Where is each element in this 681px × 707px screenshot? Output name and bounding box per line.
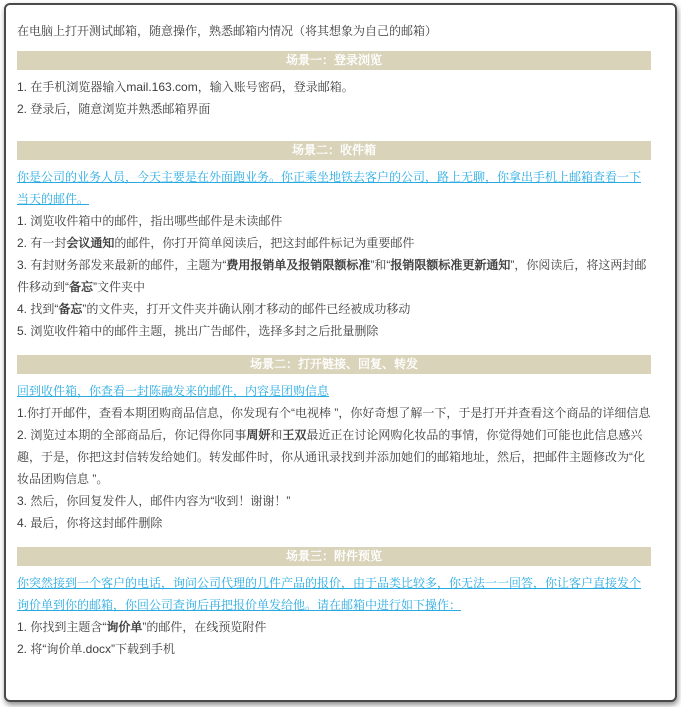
section-3-item-4: 4. 最后，你将这封邮件删除: [17, 512, 651, 534]
section-4-scenario-link[interactable]: 你突然接到一个客户的电话，询问公司代理的几件产品的报价，由于品类比较多，你无法一…: [17, 572, 651, 616]
section-2-item-4: 4. 找到“备忘”的文件夹，打开文件夹并确认刚才移动的邮件已经被成功移动: [17, 298, 651, 320]
section-2-scenario-link[interactable]: 你是公司的业务人员，今天主要是在外面跑业务。你正乘坐地铁去客户的公司，路上无聊，…: [17, 166, 651, 210]
document-page: 在电脑上打开测试邮箱，随意操作，熟悉邮箱内情况（将其想象为自己的邮箱） 场景一：…: [4, 3, 677, 702]
section-1-item-1: 1. 在手机浏览器输入mail.163.com，输入账号密码，登录邮箱。: [17, 76, 651, 98]
section-4-header-bar: 场景三：附件预览: [17, 547, 651, 566]
intro-text: 在电脑上打开测试邮箱，随意操作，熟悉邮箱内情况（将其想象为自己的邮箱）: [17, 20, 651, 42]
section-scene-1-login: 场景一：登录浏览 1. 在手机浏览器输入mail.163.com，输入账号密码，…: [17, 51, 651, 120]
section-3-item-1: 1.你打开邮件，查看本期团购商品信息，你发现有个“电视棒 ”，你好奇想了解一下，…: [17, 402, 651, 424]
section-3-scenario-link[interactable]: 回到收件箱，你查看一封陈融发来的邮件，内容是团购信息: [17, 380, 651, 402]
section-scene-3-attachment-preview: 场景三：附件预览 你突然接到一个客户的电话，询问公司代理的几件产品的报价，由于品…: [17, 547, 651, 660]
section-4-item-2: 2. 将“询价单.docx”下载到手机: [17, 638, 651, 660]
section-4-item-1: 1. 你找到主题含“询价单”的邮件，在线预览附件: [17, 616, 651, 638]
section-2-item-2: 2. 有一封会议通知的邮件，你打开简单阅读后，把这封邮件标记为重要邮件: [17, 232, 651, 254]
section-3-item-2: 2. 浏览过本期的全部商品后，你记得你同事周妍和王双最近正在讨论网购化妆品的事情…: [17, 424, 651, 490]
section-scene-2-inbox: 场景二：收件箱 你是公司的业务人员，今天主要是在外面跑业务。你正乘坐地铁去客户的…: [17, 141, 651, 342]
section-3-item-3: 3. 然后，你回复发件人，邮件内容为“收到！谢谢！”: [17, 490, 651, 512]
section-2-item-1: 1. 浏览收件箱中的邮件，指出哪些邮件是未读邮件: [17, 210, 651, 232]
section-2-item-5: 5. 浏览收件箱中的邮件主题，挑出广告邮件，选择多封之后批量删除: [17, 320, 651, 342]
section-scene-2-links-reply-forward: 场景二：打开链接、回复、转发 回到收件箱，你查看一封陈融发来的邮件，内容是团购信…: [17, 355, 651, 534]
section-1-header-bar: 场景一：登录浏览: [17, 51, 651, 70]
section-2-header-bar: 场景二：收件箱: [17, 141, 651, 160]
section-3-header-bar: 场景二：打开链接、回复、转发: [17, 355, 651, 374]
section-2-item-3: 3. 有封财务部发来最新的邮件，主题为“费用报销单及报销限额标准”和“报销限额标…: [17, 254, 651, 298]
section-1-item-2: 2. 登录后，随意浏览并熟悉邮箱界面: [17, 98, 651, 120]
